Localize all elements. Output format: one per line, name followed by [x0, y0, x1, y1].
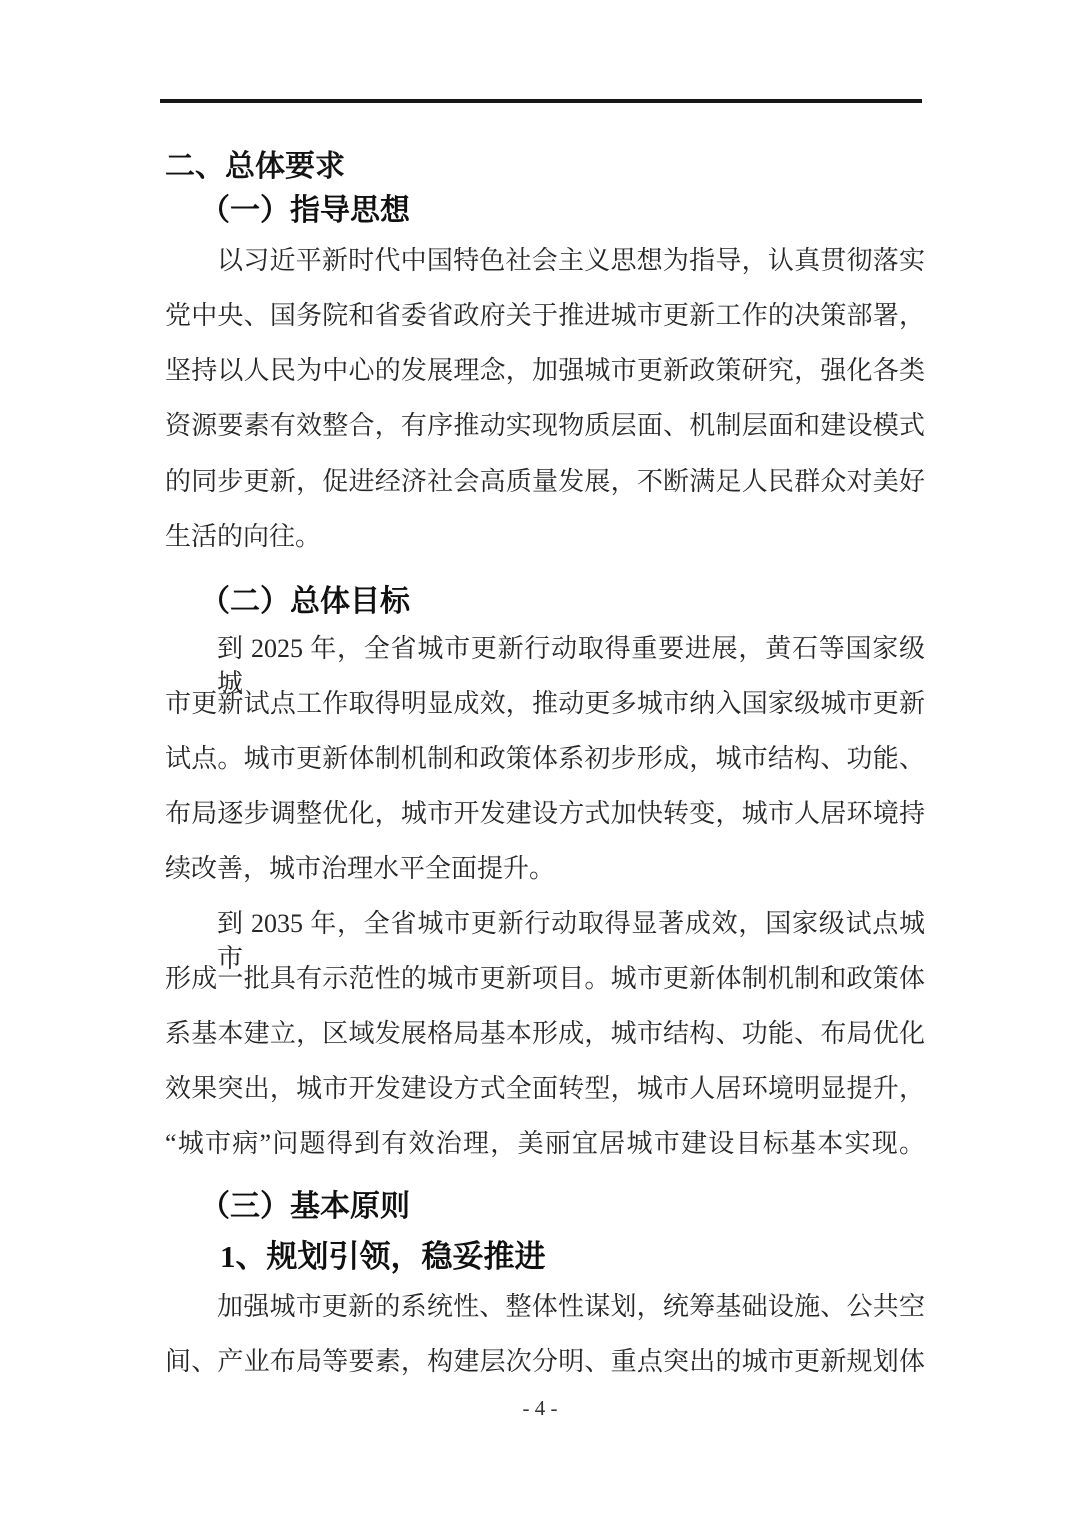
paragraph-line: 生活的向往。 — [165, 519, 925, 554]
subsection-heading-2: （二）总体目标 — [200, 582, 925, 623]
header-divider-line — [160, 99, 922, 103]
paragraph-line: 系基本建立，区域发展格局基本形成，城市结构、功能、布局优化 — [165, 1016, 925, 1051]
paragraph-line: 续改善，城市治理水平全面提升。 — [165, 851, 925, 886]
paragraph-line: 间、产业布局等要素，构建层次分明、重点突出的城市更新规划体 — [165, 1344, 925, 1379]
subsection-heading-1: （一）指导思想 — [200, 191, 925, 232]
paragraph-line: 的同步更新，促进经济社会高质量发展，不断满足人民群众对美好 — [165, 464, 925, 499]
document-page: 二、总体要求 （一）指导思想 以习近平新时代中国特色社会主义思想为指导，认真贯彻… — [0, 0, 1080, 1528]
principle-heading-1: 1、规划引领，稳妥推进 — [220, 1236, 925, 1278]
paragraph-line: 布局逐步调整优化，城市开发建设方式加快转变，城市人居环境持 — [165, 796, 925, 831]
paragraph-line: “城市病”问题得到有效治理，美丽宜居城市建设目标基本实现。 — [165, 1126, 925, 1161]
paragraph-line: 市更新试点工作取得明显成效，推动更多城市纳入国家级城市更新 — [165, 686, 925, 721]
paragraph-line: 资源要素有效整合，有序推动实现物质层面、机制层面和建设模式 — [165, 408, 925, 443]
subsection-heading-3: （三）基本原则 — [200, 1187, 925, 1228]
paragraph-line: 以习近平新时代中国特色社会主义思想为指导，认真贯彻落实 — [165, 243, 925, 278]
page-number: - 4 - — [0, 1396, 1080, 1421]
paragraph-line: 加强城市更新的系统性、整体性谋划，统筹基础设施、公共空 — [165, 1289, 925, 1324]
paragraph-line: 试点。城市更新体制机制和政策体系初步形成，城市结构、功能、 — [165, 741, 925, 776]
paragraph-line: 形成一批具有示范性的城市更新项目。城市更新体制机制和政策体 — [165, 961, 925, 996]
paragraph-line: 党中央、国务院和省委省政府关于推进城市更新工作的决策部署， — [165, 298, 925, 333]
paragraph-line: 坚持以人民为中心的发展理念，加强城市更新政策研究，强化各类 — [165, 353, 925, 388]
paragraph-line: 效果突出，城市开发建设方式全面转型，城市人居环境明显提升， — [165, 1071, 925, 1106]
section-heading: 二、总体要求 — [165, 147, 925, 188]
